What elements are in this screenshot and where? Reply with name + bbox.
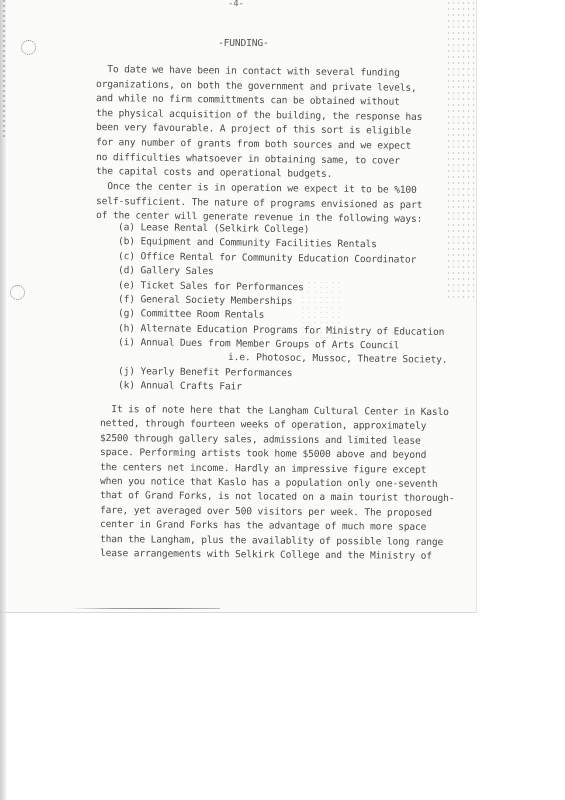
section-heading: -FUNDING-	[218, 38, 269, 49]
text-line: the centers net income. Hardly an impres…	[100, 462, 426, 477]
revenue-list-item: (j) Yearly Benefit Performances	[118, 366, 293, 380]
list-text: Lease Rental (Selkirk College)	[140, 222, 309, 235]
list-marker: (a)	[118, 222, 141, 233]
list-text: Annual Crafts Fair	[140, 381, 241, 393]
list-marker: (b)	[118, 236, 141, 247]
revenue-list-item: (a) Lease Rental (Selkirk College)	[118, 222, 309, 236]
page-number: -4-	[228, 0, 244, 9]
page-bottom-edge	[70, 608, 220, 609]
list-marker: (j)	[118, 366, 141, 377]
revenue-list-item: (k) Annual Crafts Fair	[118, 380, 242, 394]
text-line: $2500 through gallery sales, admissions …	[100, 433, 421, 448]
text-line: than the Langham, plus the availablity o…	[100, 534, 443, 549]
list-text: Office Rental for Community Education Co…	[140, 251, 416, 265]
hole-punch-mark	[10, 285, 25, 300]
revenue-list-item: (f) General Society Memberships	[118, 294, 293, 308]
revenue-list-item: i.e. Photosoc, Mussoc, Theatre Society.	[228, 352, 448, 367]
scan-noise	[446, 0, 476, 300]
revenue-list-item: (e) Ticket Sales for Performances	[118, 280, 304, 294]
list-marker: (c)	[118, 251, 141, 262]
hole-punch-mark	[21, 40, 36, 55]
list-text: General Society Memberships	[140, 294, 292, 307]
list-marker: (d)	[118, 265, 141, 276]
list-text: Yearly Benefit Performances	[140, 366, 292, 379]
list-text: Gallery Sales	[140, 265, 213, 277]
list-marker: (h)	[118, 323, 141, 334]
list-text: Annual Dues from Member Groups of Arts C…	[140, 337, 399, 351]
revenue-list-item: (d) Gallery Sales	[118, 265, 214, 278]
list-marker: (f)	[118, 294, 141, 305]
revenue-list-item: (g) Committee Room Rentals	[118, 308, 264, 322]
list-marker: (i)	[118, 337, 141, 348]
scan-edge-perforation	[3, 0, 5, 140]
list-marker: (e)	[118, 280, 141, 291]
list-text-continuation: i.e. Photosoc, Mussoc, Theatre Society.	[228, 352, 448, 366]
list-text: Committee Room Rentals	[140, 309, 264, 322]
list-marker: (k)	[118, 380, 141, 391]
list-text: Ticket Sales for Performances	[140, 280, 303, 293]
list-text: Equipment and Community Facilities Renta…	[140, 237, 376, 251]
list-marker: (g)	[118, 308, 141, 319]
